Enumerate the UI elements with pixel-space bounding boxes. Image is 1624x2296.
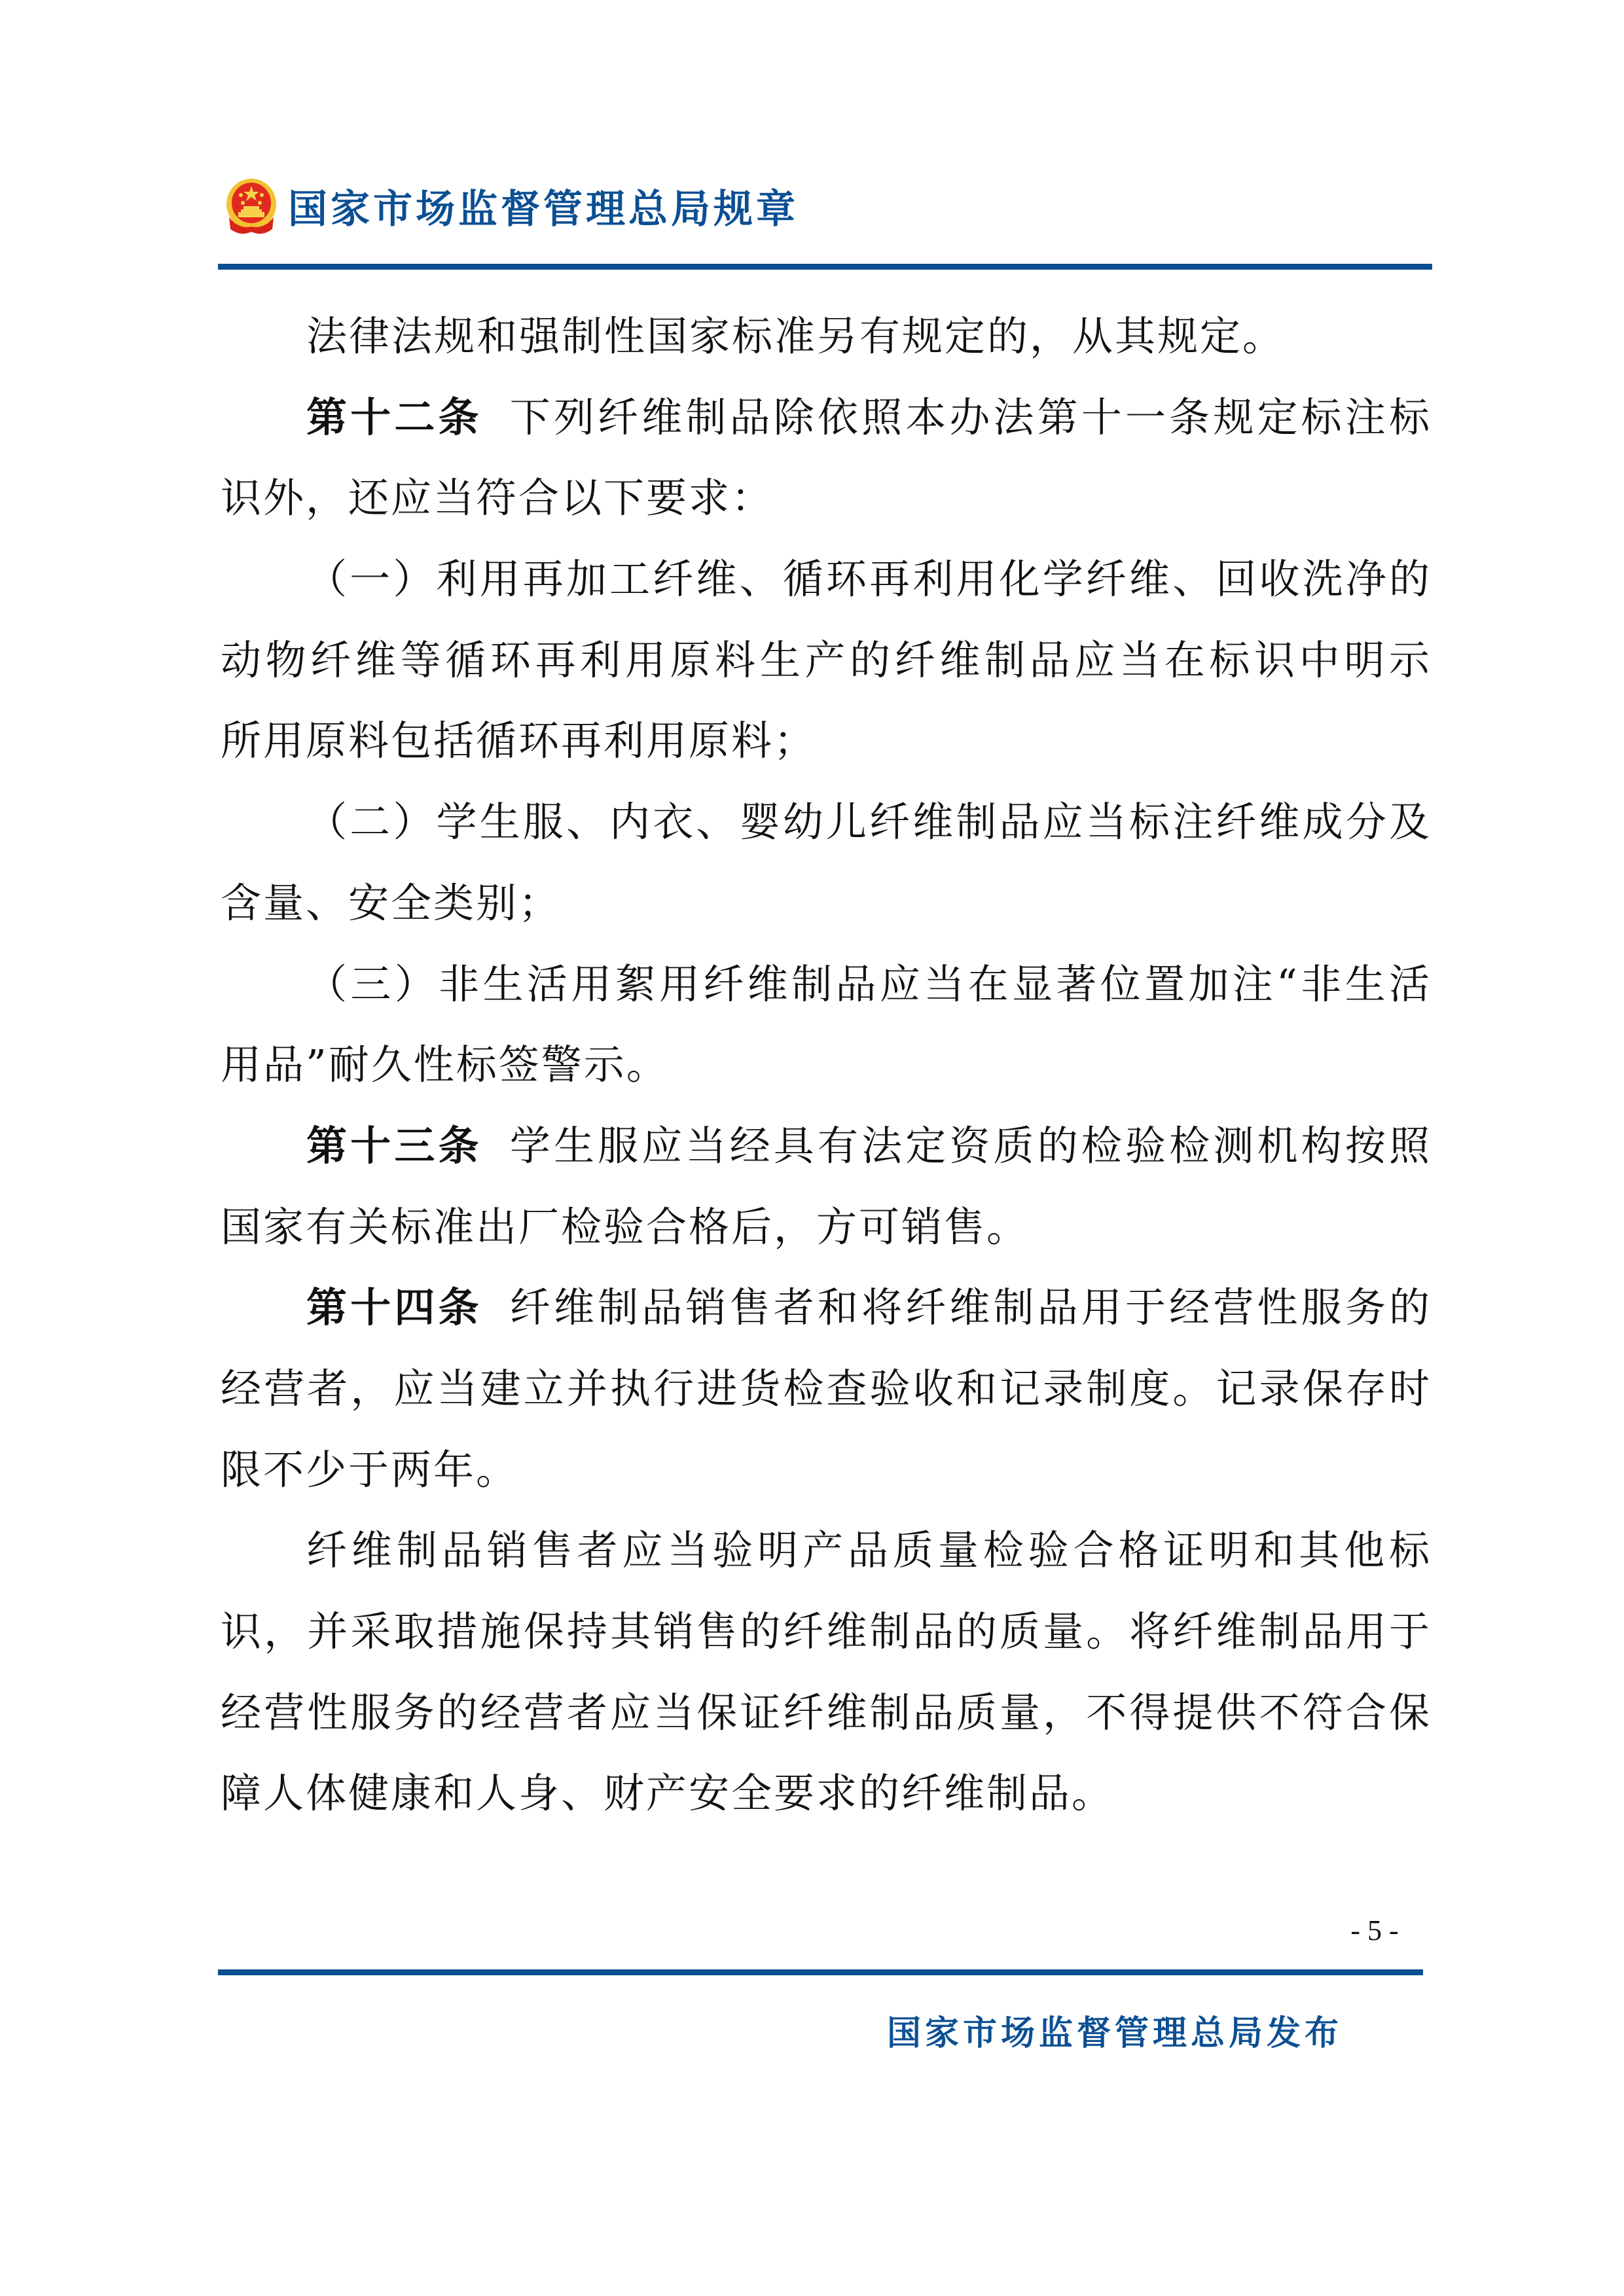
body-line: 障人体健康和人身、财产安全要求的纤维制品。 [221, 1753, 1432, 1834]
body-text: 国家有关标准出厂检验合格后，方可销售。 [221, 1203, 1029, 1251]
body-line: （三）非生活用絮用纤维制品应当在显著位置加注“非生活 [221, 944, 1432, 1025]
body-line: 所用原料包括循环再利用原料； [221, 700, 1432, 781]
body-line: （一）利用再加工纤维、循环再利用化学纤维、回收洗净的 [221, 539, 1432, 620]
body-line: 经营者，应当建立并执行进货检查验收和记录制度。记录保存时 [221, 1348, 1432, 1429]
body-line: 法律法规和强制性国家标准另有规定的，从其规定。 [221, 296, 1432, 377]
page-number: - 5 - [1322, 1911, 1427, 1950]
body-text: 动物纤维等循环再利用原料生产的纤维制品应当在标识中明示 [221, 636, 1432, 684]
body-line: 识，并采取措施保持其销售的纤维制品的质量。将纤维制品用于 [221, 1591, 1432, 1672]
article-13-line: 第十三条学生服应当经具有法定资质的检验检测机构按照 [221, 1105, 1432, 1187]
body-text: 下列纤维制品除依照本办法第十一条规定标注标 [509, 393, 1432, 441]
body-text: 法律法规和强制性国家标准另有规定的，从其规定。 [306, 312, 1285, 360]
article-12-line: 第十二条下列纤维制品除依照本办法第十一条规定标注标 [221, 377, 1432, 458]
body-text: 含量、安全类别； [221, 879, 561, 927]
body-line: 经营性服务的经营者应当保证纤维制品质量，不得提供不符合保 [221, 1672, 1432, 1753]
body-text: （二）学生服、内衣、婴幼儿纤维制品应当标注纤维成分及 [306, 798, 1432, 846]
body-text: 识，并采取措施保持其销售的纤维制品的质量。将纤维制品用于 [221, 1607, 1432, 1655]
body-text: 障人体健康和人身、财产安全要求的纤维制品。 [221, 1769, 1114, 1817]
document-body: 法律法规和强制性国家标准另有规定的，从其规定。 第十二条下列纤维制品除依照本办法… [221, 296, 1432, 1834]
national-emblem-icon [225, 178, 278, 237]
body-line: 识外，还应当符合以下要求： [221, 457, 1432, 539]
body-line: 纤维制品销售者应当验明产品质量检验合格证明和其他标 [221, 1510, 1432, 1591]
body-text: 学生服应当经具有法定资质的检验检测机构按照 [509, 1122, 1432, 1170]
body-text: （一）利用再加工纤维、循环再利用化学纤维、回收洗净的 [306, 555, 1432, 603]
body-line: （二）学生服、内衣、婴幼儿纤维制品应当标注纤维成分及 [221, 781, 1432, 863]
header-divider [218, 264, 1432, 270]
body-text: 纤维制品销售者应当验明产品质量检验合格证明和其他标 [306, 1526, 1432, 1574]
body-text: 经营者，应当建立并执行进货检查验收和记录制度。记录保存时 [221, 1365, 1432, 1412]
body-text: 限不少于两年。 [221, 1446, 518, 1494]
body-line: 国家有关标准出厂检验合格后，方可销售。 [221, 1187, 1432, 1268]
body-line: 含量、安全类别； [221, 863, 1432, 944]
body-text: 所用原料包括循环再利用原料； [221, 717, 816, 764]
body-line: 动物纤维等循环再利用原料生产的纤维制品应当在标识中明示 [221, 620, 1432, 701]
footer-publisher: 国家市场监督管理总局发布 [887, 2011, 1343, 2056]
body-text: 用品”耐久性标签警示。 [221, 1041, 669, 1088]
body-line: 用品”耐久性标签警示。 [221, 1024, 1432, 1105]
article-heading: 第十三条 [306, 1122, 482, 1170]
article-heading: 第十四条 [306, 1283, 482, 1331]
body-line: 限不少于两年。 [221, 1429, 1432, 1511]
article-14-line: 第十四条纤维制品销售者和将纤维制品用于经营性服务的 [221, 1267, 1432, 1348]
document-page: 国家市场监督管理总局规章 法律法规和强制性国家标准另有规定的，从其规定。 第十二… [0, 0, 1624, 2296]
body-text: 纤维制品销售者和将纤维制品用于经营性服务的 [509, 1283, 1432, 1331]
body-text: 识外，还应当符合以下要求： [221, 474, 774, 522]
body-text: （三）非生活用絮用纤维制品应当在显著位置加注“非生活 [306, 960, 1432, 1008]
header-title: 国家市场监督管理总局规章 [288, 183, 799, 236]
footer-divider [218, 1969, 1423, 1975]
article-heading: 第十二条 [306, 393, 482, 441]
body-text: 经营性服务的经营者应当保证纤维制品质量，不得提供不符合保 [221, 1689, 1432, 1736]
